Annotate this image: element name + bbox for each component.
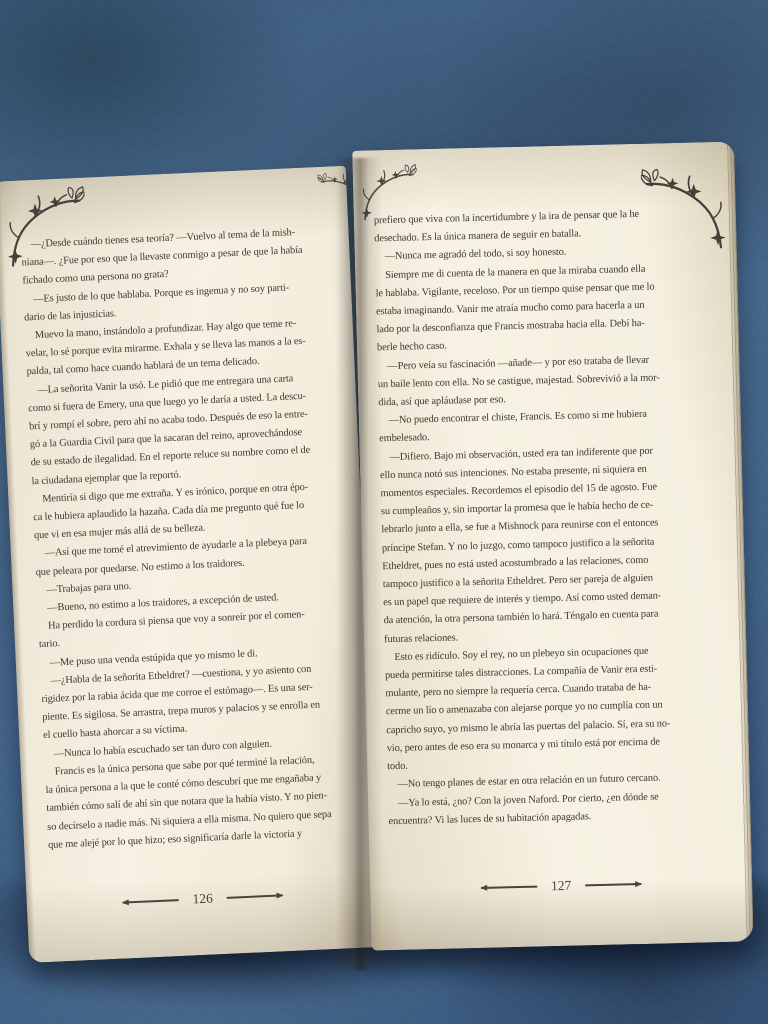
page-footer-left: 126 (27, 883, 379, 915)
arrow-rule-icon (585, 883, 641, 886)
page-footer-right: 127 (370, 873, 752, 898)
open-book: —¿Desde cuándo tienes esa teoría? —Vuelv… (0, 130, 768, 980)
photo-of-open-book: { "book": { "left_page": { "page_number"… (0, 0, 768, 1024)
page-text-left: —¿Desde cuándo tienes esa teoría? —Vuelv… (20, 222, 368, 855)
page-text-right: prefiero que viva con la incertidumbre y… (374, 204, 737, 831)
page-number: 126 (192, 891, 213, 908)
page-number: 127 (551, 878, 572, 894)
arrow-rule-icon (123, 899, 179, 903)
arrow-rule-icon (227, 895, 283, 899)
book-page-right: prefiero que viva con la incertidumbre y… (352, 142, 753, 951)
arrow-rule-icon (481, 886, 537, 889)
book-page-left: —¿Desde cuándo tienes esa teoría? —Vuelv… (0, 166, 381, 963)
